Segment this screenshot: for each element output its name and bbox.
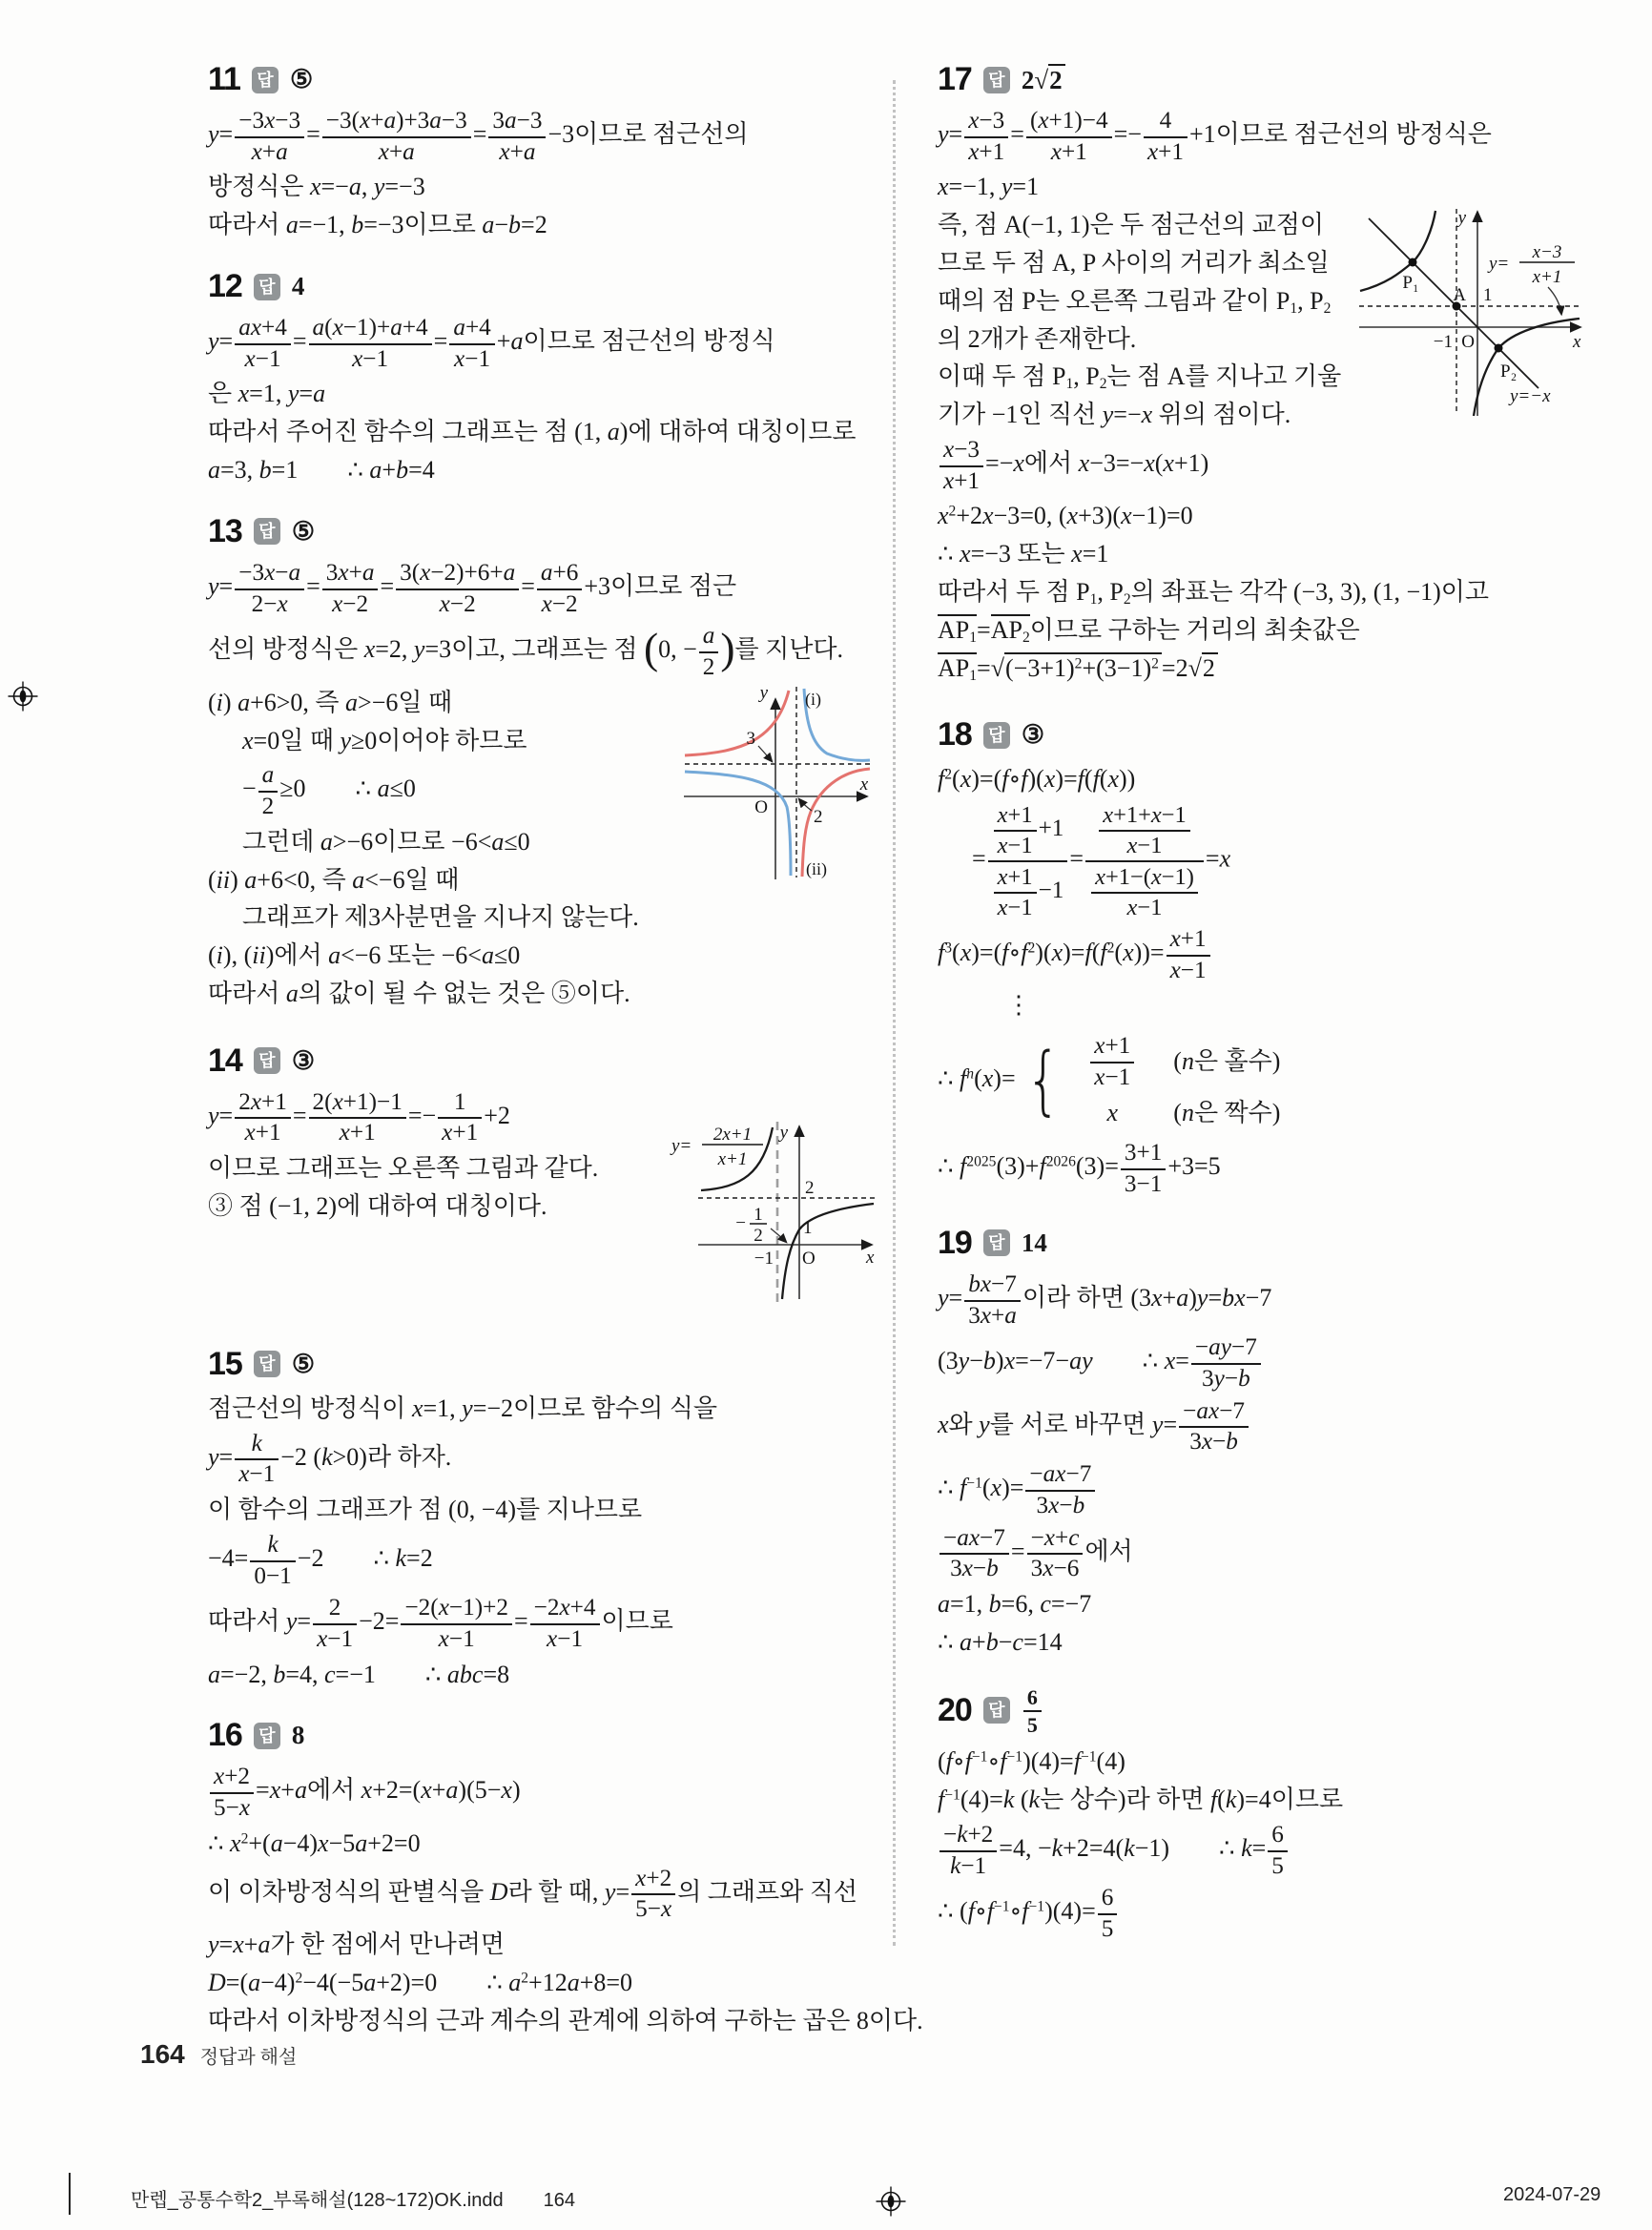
case-row: x(n은 짝수) xyxy=(1068,1097,1280,1129)
x-intercept-sign: − xyxy=(735,1213,746,1233)
solution-line: (f∘f−1∘f−1)(4)=f−1(4) xyxy=(938,1745,1617,1778)
problem-number: 17 xyxy=(938,61,972,98)
hyperbola-graph-13: y x O 3 2 (i) (ii) xyxy=(682,685,878,881)
problem-13: 13 답 ⑤ y=−3x−a2−x=3x+ax−2=3(x−2)+6+ax−2=… xyxy=(208,513,893,1016)
asymptote-3-label: 3 xyxy=(747,729,756,749)
answer-badge: 답 xyxy=(254,518,280,545)
curve-equation-lead: y= xyxy=(1487,254,1509,274)
problem-header: 20 답 65 xyxy=(938,1685,1617,1737)
problem-header: 12 답 4 xyxy=(208,268,893,305)
solution-line: 선의 방정식은 x=2, y=3이고, 그래프는 점 (0, −a2)를 지난다… xyxy=(208,623,893,680)
solution-line: y=kx−1−2 (k>0)라 하자. xyxy=(208,1431,893,1488)
answer-value: ⑤ xyxy=(290,65,313,94)
x-intercept-denominator: 2 xyxy=(754,1226,763,1246)
solution-line: y=x−3x+1=(x+1)−4x+1=−4x+1+1이므로 점근선의 방정식은 xyxy=(938,108,1617,165)
problem-12: 12 답 4 y=ax+4x−1=a(x−1)+a+4x−1=a+4x−1+a이… xyxy=(208,268,893,486)
solution-line: 따라서 두 점 P1, P2의 좌표는 각각 (−3, 3), (1, −1)이… xyxy=(938,576,1617,609)
problem-header: 19 답 14 xyxy=(938,1225,1617,1262)
solution-line: x와 y를 서로 바꾸면 y=−ax−73x−b xyxy=(938,1398,1617,1456)
problem-number: 11 xyxy=(208,61,240,98)
slug-page: 164 xyxy=(544,2190,575,2211)
answer-value: 8 xyxy=(292,1721,305,1750)
solution-line: D=(a−4)2−4(−5a+2)=0 ∴ a2+12a+8=0 xyxy=(208,1967,893,1999)
case-ii-label: (ii) xyxy=(806,859,827,879)
answer-badge: 답 xyxy=(983,1229,1010,1256)
solution-line: −k+2k−1=4, −k+2=4(k−1) ∴ k=65 xyxy=(938,1822,1617,1879)
problem-header: 14 답 ③ xyxy=(208,1043,893,1080)
point-p1-marker xyxy=(1409,258,1417,267)
graph-13: y x O 3 2 (i) (ii) xyxy=(682,685,878,888)
x-intercept-numerator: 1 xyxy=(754,1205,763,1225)
solution-line: −ax−73x−b=−x+c3x−6에서 xyxy=(938,1525,1617,1582)
solution-line: x=−1, y=1 xyxy=(938,171,1617,203)
solution-page: 11 답 ⑤ y=−3x−3x+a=−3(x+a)+3a−3x+a=3a−3x+… xyxy=(0,0,1652,2230)
curve-equation-lead: y= xyxy=(670,1136,692,1156)
registration-mark-icon xyxy=(876,2186,906,2217)
solution-line: 점근선의 방정식이 x=1, y=−2이므로 함수의 식을 xyxy=(208,1393,893,1425)
solution-lines: x+25−x=x+a에서 x+2=(x+a)(5−x)∴ x2+(a−4)x−5… xyxy=(208,1764,893,2036)
solution-line: ∴ f2025(3)+f2026(3)=3+13−1+3=5 xyxy=(938,1140,1617,1197)
solution-lines: y=x−3x+1=(x+1)−4x+1=−4x+1+1이므로 점근선의 방정식은… xyxy=(938,108,1617,203)
answer-value: ③ xyxy=(292,1046,315,1076)
solution-line: ⋮ xyxy=(938,989,1617,1022)
problem-16: 16 답 8 x+25−x=x+a에서 x+2=(x+a)(5−x)∴ x2+(… xyxy=(208,1717,893,2036)
solution-line: y=−3x−a2−x=3x+ax−2=3(x−2)+6+ax−2=a+6x−2+… xyxy=(208,560,893,617)
solution-line: =x+1x−1+1x+1x−1−1=x+1+x−1x−1x+1−(x−1)x−1… xyxy=(938,801,1617,920)
problem-number: 19 xyxy=(938,1225,972,1262)
solution-line: y=−3x−3x+a=−3(x+a)+3a−3x+a=3a−3x+a−3이므로 … xyxy=(208,108,893,165)
problem-header: 15 답 ⑤ xyxy=(208,1346,893,1383)
pointer-arrow-2 xyxy=(799,799,812,811)
red-branch-upper-left xyxy=(685,691,789,755)
page-footer: 164 정답과 해설 xyxy=(140,2039,297,2070)
solution-line: a=3, b=1 ∴ a+b=4 xyxy=(208,454,893,486)
answer-badge: 답 xyxy=(254,1723,280,1749)
pointer-arrow xyxy=(1548,287,1561,314)
graph-17: y x O −1 A 1 P₁ P₂ y= x−3 x+1 y=−x xyxy=(1357,207,1586,425)
solution-line: ∴ f−1(x)=−ax−73x−b xyxy=(938,1461,1617,1518)
answer-value: ⑤ xyxy=(292,517,315,547)
column-right: 17 답 2√2 y=x−3x+1=(x+1)−4x+1=−4x+1+1이므로 … xyxy=(938,55,1617,1970)
solution-line: ∴ x=−3 또는 x=1 xyxy=(938,538,1617,570)
answer-value: 4 xyxy=(292,272,305,301)
solution-line: ∴ x2+(a−4)x−5a+2=0 xyxy=(208,1827,893,1860)
solution-line: AP1=√(−3+1)2+(3−1)2=2√2 xyxy=(938,652,1617,685)
solution-line: 따라서 a=−1, b=−3이므로 a−b=2 xyxy=(208,209,893,241)
line-label: y=−x xyxy=(1508,386,1551,406)
section-label: 정답과 해설 xyxy=(200,2041,298,2069)
solution-lines: y=bx−73x+a이라 하면 (3x+a)y=bx−7(3y−b)x=−7−a… xyxy=(938,1271,1617,1659)
solution-line: y=ax+4x−1=a(x−1)+a+4x−1=a+4x−1+a이므로 점근선의… xyxy=(208,315,893,372)
solution-line: 따라서 주어진 함수의 그래프는 점 (1, a)에 대하여 대칭이므로 xyxy=(208,416,893,448)
crop-mark-line xyxy=(69,2173,71,2215)
solution-line: f3(x)=(f∘f2)(x)=f(f2(x))=x+1x−1 xyxy=(938,926,1617,983)
y-intercept-label: 1 xyxy=(803,1218,813,1238)
solution-line: 은 x=1, y=a xyxy=(208,378,893,410)
solution-line: a=1, b=6, c=−7 xyxy=(938,1588,1617,1621)
problem-header: 17 답 2√2 xyxy=(938,61,1617,98)
problem-number: 12 xyxy=(208,268,242,305)
answer-badge: 답 xyxy=(254,1351,280,1377)
solution-line: f2(x)=(f∘f)(x)=f(f(x)) xyxy=(938,763,1617,795)
curve-branch-upper-left xyxy=(1360,211,1435,291)
problem-17: 17 답 2√2 y=x−3x+1=(x+1)−4x+1=−4x+1+1이므로 … xyxy=(938,61,1617,690)
solution-lines: y=ax+4x−1=a(x−1)+a+4x−1=a+4x−1+a이므로 점근선의… xyxy=(208,315,893,486)
solution-line: a=−2, b=4, c=−1 ∴ abc=8 xyxy=(208,1659,893,1691)
solution-line: x+25−x=x+a에서 x+2=(x+a)(5−x) xyxy=(208,1764,893,1821)
solution-line: 방정식은 x=−a, y=−3 xyxy=(208,171,893,203)
solution-lines: (f∘f−1∘f−1)(4)=f−1(4)f−1(4)=k (k는 상수)라 하… xyxy=(938,1745,1617,1942)
case-row: x+1x−1(n은 홀수) xyxy=(1068,1033,1280,1090)
y-axis-label: y xyxy=(778,1123,789,1143)
solution-line: (3y−b)x=−7−ay ∴ x=−ay−73y−b xyxy=(938,1334,1617,1392)
origin-label: O xyxy=(1461,332,1475,352)
point-p1-label: P₁ xyxy=(1402,273,1418,293)
curve-equation-denominator: x+1 xyxy=(717,1149,748,1169)
solution-line: ∴ (f∘f−1∘f−1)(4)=65 xyxy=(938,1885,1617,1942)
point-a-label: A xyxy=(1453,285,1466,305)
curve-equation-numerator: x−3 xyxy=(1532,242,1562,262)
case-brace: { xyxy=(1025,1047,1061,1114)
print-slug: 만렙_공통수학2_부록해설(128~172)OK.indd164 xyxy=(131,2184,575,2212)
x-axis-label: x xyxy=(865,1248,875,1268)
print-date: 2024-07-29 xyxy=(1503,2184,1600,2206)
graph-14: y= 2x+1 x+1 2 1 −1 O x y − 1 2 xyxy=(670,1122,878,1311)
y-axis-label: y xyxy=(758,685,769,703)
problem-number: 13 xyxy=(208,513,242,550)
curve-branch-lower-right xyxy=(782,1204,874,1299)
neg1-label: −1 xyxy=(1434,332,1453,352)
column-divider xyxy=(893,80,896,1946)
x-axis-label: x xyxy=(1572,332,1581,352)
problem-number: 14 xyxy=(208,1043,242,1080)
solution-line: f−1(4)=k (k는 상수)라 하면 f(k)=4이므로 xyxy=(938,1784,1617,1816)
answer-badge: 답 xyxy=(254,274,280,300)
problem-15: 15 답 ⑤ 점근선의 방정식이 x=1, y=−2이므로 함수의 식을y=kx… xyxy=(208,1346,893,1691)
pointer-arrow-3 xyxy=(758,746,772,761)
x-axis-label: x xyxy=(859,774,869,795)
solution-lines: y=−3x−a2−x=3x+ax−2=3(x−2)+6+ax−2=a+6x−2+… xyxy=(208,560,893,681)
problem-number: 16 xyxy=(208,1717,242,1754)
answer-badge: 답 xyxy=(252,67,279,93)
problem-14: 14 답 ③ y= 2x+1 x+1 xyxy=(208,1043,893,1319)
asymptote-neg1-label: −1 xyxy=(754,1249,774,1269)
solution-wrap: y x O −1 A 1 P₁ P₂ y= x−3 x+1 y=−x xyxy=(938,209,1617,690)
solution-line: x−3x+1=−x에서 x−3=−x(x+1) xyxy=(938,437,1617,494)
solution-wrap: y= 2x+1 x+1 2 1 −1 O x y − 1 2 xyxy=(208,1089,893,1319)
hyperbola-graph-17: y x O −1 A 1 P₁ P₂ y= x−3 x+1 y=−x xyxy=(1357,207,1586,419)
asymptote-2-label: 2 xyxy=(814,807,823,827)
point-p2-label: P₂ xyxy=(1500,361,1517,382)
curve-equation-numerator: 2x+1 xyxy=(713,1125,752,1145)
registration-mark-icon xyxy=(8,681,38,712)
solution-line: y=x+a가 한 점에서 만나려면 xyxy=(208,1929,893,1961)
answer-badge: 답 xyxy=(983,1697,1010,1724)
solution-line: x2+2x−3=0, (x+3)(x−1)=0 xyxy=(938,500,1617,532)
solution-line: y=bx−73x+a이라 하면 (3x+a)y=bx−7 xyxy=(938,1271,1617,1329)
solution-line: 그래프가 제3사분면을 지나지 않는다. xyxy=(208,901,893,934)
origin-label: O xyxy=(754,797,768,817)
problem-number: 15 xyxy=(208,1346,242,1383)
column-left: 11 답 ⑤ y=−3x−3x+a=−3(x+a)+3a−3x+a=3a−3x+… xyxy=(208,55,893,2064)
answer-value: ⑤ xyxy=(292,1350,315,1379)
solution-line: 따라서 이차방정식의 근과 계수의 관계에 의하여 구하는 곱은 8이다. xyxy=(208,2005,893,2037)
hyperbola-graph-14: y= 2x+1 x+1 2 1 −1 O x y − 1 2 xyxy=(670,1122,878,1305)
answer-badge: 답 xyxy=(983,722,1010,749)
problem-header: 13 답 ⑤ xyxy=(208,513,893,550)
case-i-label: (i) xyxy=(805,690,821,710)
solution-cases-line: ∴ fn(x)={x+1x−1(n은 홀수)x(n은 짝수) xyxy=(938,1027,1617,1134)
solution-line: −4=k0−1−2 ∴ k=2 xyxy=(208,1532,893,1589)
problem-header: 11 답 ⑤ xyxy=(208,61,893,98)
answer-badge: 답 xyxy=(983,67,1010,93)
problem-header: 18 답 ③ xyxy=(938,716,1617,754)
solution-lines: f2(x)=(f∘f)(x)=f(f(x))=x+1x−1+1x+1x−1−1=… xyxy=(938,763,1617,1197)
answer-badge: 답 xyxy=(254,1047,280,1074)
asymptote-2-label: 2 xyxy=(805,1178,815,1198)
solution-wrap: y x O 3 2 (i) (ii) (i) a+6>0, 즉 a>−6일 때x… xyxy=(208,687,893,1016)
answer-value: 14 xyxy=(1022,1229,1047,1258)
solution-line: 따라서 a의 값이 될 수 없는 것은 ⑤이다. xyxy=(208,978,893,1010)
problem-19: 19 답 14 y=bx−73x+a이라 하면 (3x+a)y=bx−7(3y−… xyxy=(938,1225,1617,1659)
problem-18: 18 답 ③ f2(x)=(f∘f)(x)=f(f(x))=x+1x−1+1x+… xyxy=(938,716,1617,1197)
point-p2-marker xyxy=(1495,344,1503,353)
problem-header: 16 답 8 xyxy=(208,1717,893,1754)
curve-equation-denominator: x+1 xyxy=(1532,267,1562,287)
solution-line: 이 이차방정식의 판별식을 D라 할 때, y=x+25−x의 그래프와 직선 xyxy=(208,1866,893,1923)
origin-label: O xyxy=(802,1249,816,1269)
solution-lines: y=−3x−3x+a=−3(x+a)+3a−3x+a=3a−3x+a−3이므로 … xyxy=(208,108,893,241)
solution-line: ∴ a+b−c=14 xyxy=(938,1626,1617,1659)
y-axis-label: y xyxy=(1456,208,1467,228)
solution-line: 이 함수의 그래프가 점 (0, −4)를 지나므로 xyxy=(208,1494,893,1526)
answer-value: ③ xyxy=(1022,720,1044,750)
solution-line: (i), (ii)에서 a<−6 또는 −6<a≤0 xyxy=(208,939,893,972)
slug-filename: 만렙_공통수학2_부록해설(128~172)OK.indd xyxy=(131,2190,504,2211)
answer-value: 2√2 xyxy=(1022,64,1065,95)
solution-line: 따라서 y=2x−1−2=−2(x−1)+2x−1=−2x+4x−1이므로 xyxy=(208,1595,893,1652)
solution-line: AP1=AP2이므로 구하는 거리의 최솟값은 xyxy=(938,614,1617,647)
problem-20: 20 답 65 (f∘f−1∘f−1)(4)=f−1(4)f−1(4)=k (k… xyxy=(938,1685,1617,1943)
problem-number: 20 xyxy=(938,1692,972,1729)
problem-number: 18 xyxy=(938,716,972,754)
solution-lines: 점근선의 방정식이 x=1, y=−2이므로 함수의 식을y=kx−1−2 (k… xyxy=(208,1393,893,1691)
problem-11: 11 답 ⑤ y=−3x−3x+a=−3(x+a)+3a−3x+a=3a−3x+… xyxy=(208,61,893,241)
answer-value: 65 xyxy=(1022,1685,1043,1737)
page-number: 164 xyxy=(140,2039,185,2070)
one-label: 1 xyxy=(1483,285,1493,305)
